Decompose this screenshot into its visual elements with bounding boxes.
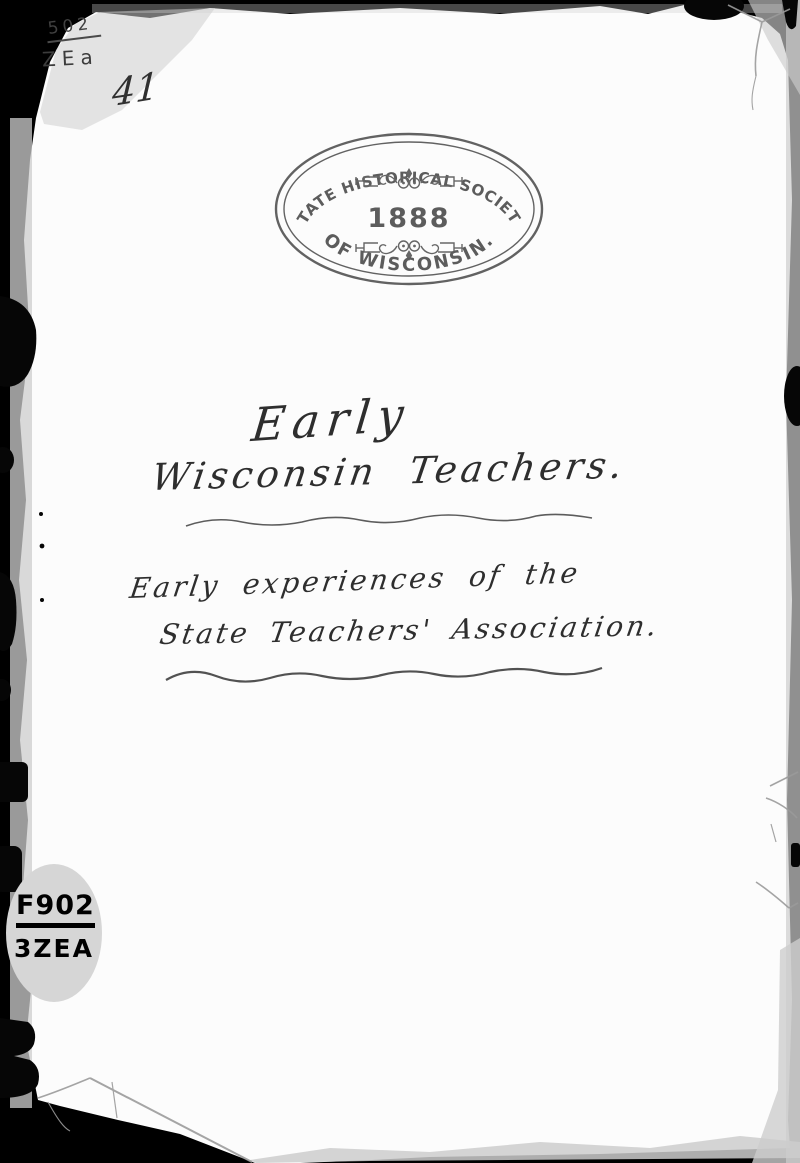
scanned-document-page: 502 ZEa 41 STAT (0, 0, 800, 1163)
state-historical-society-stamp: STATE HISTORICAL SOCIETY 1888 OF WISCONS… (270, 130, 548, 290)
pencil-call-letters: ZEa (41, 45, 99, 72)
stamp-year: 1888 (367, 203, 450, 234)
sticker-call-number-line1: F902 (16, 892, 95, 928)
call-number-sticker: F902 3ZEA (6, 864, 102, 1002)
handwritten-title-line1: Early (249, 387, 413, 453)
pencil-page-number: 41 (111, 64, 160, 115)
sticker-call-number-line2: 3ZEA (14, 936, 94, 961)
